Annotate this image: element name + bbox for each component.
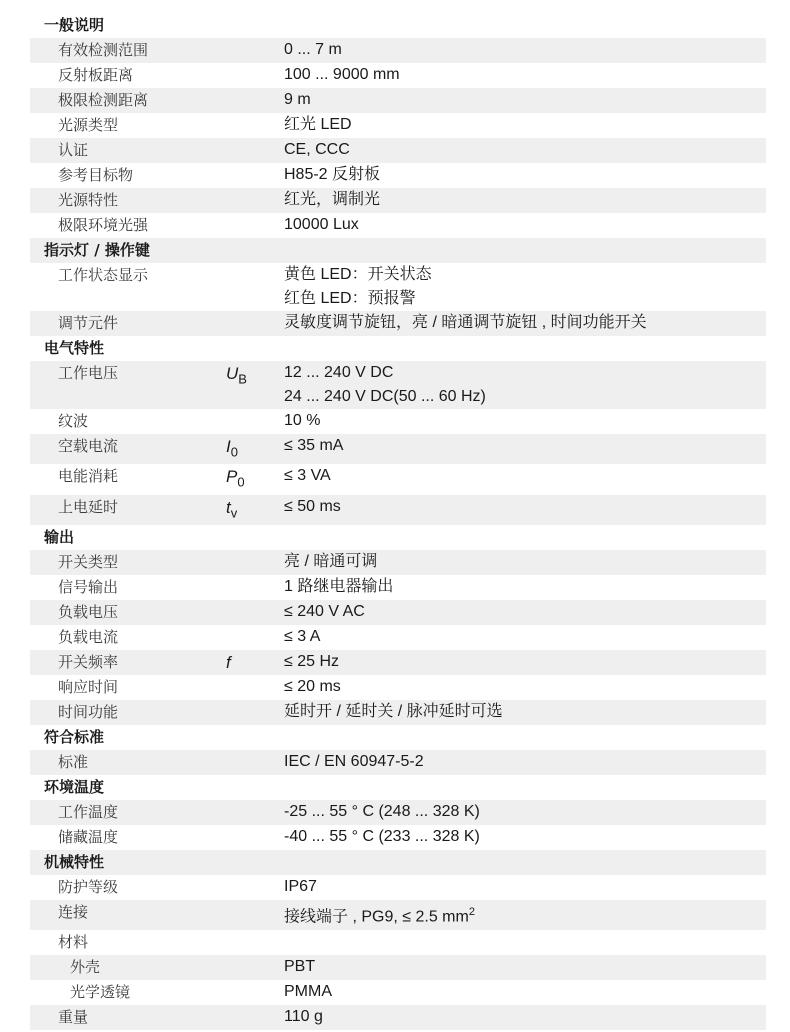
spec-value: 9 m (284, 88, 766, 112)
spec-value: 灵敏度调节旋钮，亮 / 暗通调节旋钮 , 时间功能开关 (284, 311, 766, 335)
spec-row: 储藏温度 -40 ... 55 ° C (233 ... 328 K) (30, 825, 766, 850)
symbol-sub: 0 (237, 475, 244, 490)
spec-label: 响应时间 (30, 675, 226, 700)
spec-label: 材料 (30, 930, 226, 955)
spec-label: 开关频率 (30, 650, 226, 675)
spec-value-line: 黄色 LED：开关状态 (284, 263, 766, 287)
spec-label: 时间功能 (30, 700, 226, 725)
spec-label: 工作电压 (30, 361, 226, 386)
symbol-sub: v (231, 505, 238, 520)
symbol-sub: 0 (231, 444, 238, 459)
spec-row: 调节元件 灵敏度调节旋钮，亮 / 暗通调节旋钮 , 时间功能开关 (30, 311, 766, 336)
spec-row: 上电延时 tv ≤ 50 ms (30, 495, 766, 525)
spec-label: 负载电流 (30, 625, 226, 650)
spec-row: 开关频率 f ≤ 25 Hz (30, 650, 766, 675)
symbol-main: U (226, 364, 238, 383)
spec-value: IEC / EN 60947-5-2 (284, 750, 766, 774)
spec-row: 极限检测距离 9 m (30, 88, 766, 113)
spec-label: 工作温度 (30, 800, 226, 825)
spec-label: 重量 (30, 1005, 226, 1030)
spec-row: 响应时间 ≤ 20 ms (30, 675, 766, 700)
spec-value: 10 % (284, 409, 766, 433)
spec-row: 防护等级 IP67 (30, 875, 766, 900)
spec-symbol: f (226, 650, 284, 675)
spec-row: 负载电压 ≤ 240 V AC (30, 600, 766, 625)
spec-row: 工作电压 UB 12 ... 240 V DC 24 ... 240 V DC(… (30, 361, 766, 409)
spec-value: 接线端子 , PG9, ≤ 2.5 mm2 (284, 900, 766, 929)
spec-value: 1 路继电器输出 (284, 575, 766, 599)
spec-value: 110 g (284, 1005, 766, 1029)
spec-value: 亮 / 暗通可调 (284, 550, 766, 574)
spec-symbol: I0 (226, 434, 284, 464)
spec-label: 认证 (30, 138, 226, 163)
spec-label: 纹波 (30, 409, 226, 434)
spec-row: 光源类型 红光 LED (30, 113, 766, 138)
section-header-electrical: 电气特性 (30, 336, 766, 361)
spec-row: 电能消耗 P0 ≤ 3 VA (30, 464, 766, 494)
spec-label: 上电延时 (30, 495, 226, 520)
spec-value: PBT (284, 955, 766, 979)
section-title: 指示灯 / 操作键 (30, 238, 430, 263)
spec-value-line: 24 ... 240 V DC(50 ... 60 Hz) (284, 385, 766, 409)
spec-value: ≤ 50 ms (284, 495, 766, 519)
spec-row: 重量 110 g (30, 1005, 766, 1030)
spec-label: 极限环境光强 (30, 213, 226, 238)
spec-value: ≤ 3 VA (284, 464, 766, 488)
spec-label: 外壳 (30, 955, 226, 980)
spec-value: 10000 Lux (284, 213, 766, 237)
spec-label: 信号输出 (30, 575, 226, 600)
section-title: 输出 (30, 525, 430, 550)
spec-row: 负载电流 ≤ 3 A (30, 625, 766, 650)
spec-value-line: 红色 LED：预报警 (284, 287, 766, 311)
spec-label: 防护等级 (30, 875, 226, 900)
spec-label: 储藏温度 (30, 825, 226, 850)
spec-label: 工作状态显示 (30, 263, 226, 288)
spec-row: 纹波 10 % (30, 409, 766, 434)
spec-row: 空载电流 I0 ≤ 35 mA (30, 434, 766, 464)
spec-symbol: UB (226, 361, 284, 391)
section-header-standards: 符合标准 (30, 725, 766, 750)
spec-label: 负载电压 (30, 600, 226, 625)
spec-row: 工作状态显示 黄色 LED：开关状态 红色 LED：预报警 (30, 263, 766, 311)
spec-label: 空载电流 (30, 434, 226, 459)
spec-row: 有效检测范围 0 ... 7 m (30, 38, 766, 63)
spec-row: 认证 CE, CCC (30, 138, 766, 163)
section-header-general: 一般说明 (30, 13, 766, 38)
spec-row: 参考目标物 H85-2 反射板 (30, 163, 766, 188)
spec-value: 黄色 LED：开关状态 红色 LED：预报警 (284, 263, 766, 311)
spec-symbol: tv (226, 495, 284, 525)
spec-value: ≤ 25 Hz (284, 650, 766, 674)
spec-label: 反射板距离 (30, 63, 226, 88)
spec-value-text: 接线端子 , PG9, ≤ 2.5 mm (284, 909, 469, 926)
section-header-mechanical: 机械特性 (30, 850, 766, 875)
spec-row: 标准 IEC / EN 60947-5-2 (30, 750, 766, 775)
spec-value: PMMA (284, 980, 766, 1004)
spec-label: 极限检测距离 (30, 88, 226, 113)
spec-row: 工作温度 -25 ... 55 ° C (248 ... 328 K) (30, 800, 766, 825)
spec-row: 连接 接线端子 , PG9, ≤ 2.5 mm2 (30, 900, 766, 929)
spec-row: 光源特性 红光，调制光 (30, 188, 766, 213)
spec-row: 开关类型 亮 / 暗通可调 (30, 550, 766, 575)
section-header-ambient-temperature: 环境温度 (30, 775, 766, 800)
symbol-main: P (226, 467, 237, 486)
spec-row: 材料 (30, 930, 766, 955)
spec-row: 时间功能 延时开 / 延时关 / 脉冲延时可选 (30, 700, 766, 725)
spec-row: 信号输出 1 路继电器输出 (30, 575, 766, 600)
spec-value: 红光 LED (284, 113, 766, 137)
spec-value: ≤ 20 ms (284, 675, 766, 699)
spec-row: 极限环境光强 10000 Lux (30, 213, 766, 238)
spec-value: ≤ 240 V AC (284, 600, 766, 624)
spec-row: 反射板距离 100 ... 9000 mm (30, 63, 766, 88)
spec-value: 100 ... 9000 mm (284, 63, 766, 87)
spec-value: 红光，调制光 (284, 188, 766, 212)
spec-symbol: P0 (226, 464, 284, 494)
spec-value: 0 ... 7 m (284, 38, 766, 62)
spec-label: 电能消耗 (30, 464, 226, 489)
section-title: 符合标准 (30, 725, 430, 750)
section-title: 电气特性 (30, 336, 430, 361)
section-header-output: 输出 (30, 525, 766, 550)
spec-value: IP67 (284, 875, 766, 899)
section-header-indicators: 指示灯 / 操作键 (30, 238, 766, 263)
spec-label: 光源特性 (30, 188, 226, 213)
spec-value: 延时开 / 延时关 / 脉冲延时可选 (284, 700, 766, 724)
spec-value: -25 ... 55 ° C (248 ... 328 K) (284, 800, 766, 824)
spec-row: 外壳 PBT (30, 955, 766, 980)
spec-value: CE, CCC (284, 138, 766, 162)
spec-value: ≤ 35 mA (284, 434, 766, 458)
spec-label: 光学透镜 (30, 980, 226, 1005)
section-title: 机械特性 (30, 850, 430, 875)
section-title: 环境温度 (30, 775, 430, 800)
spec-label: 光源类型 (30, 113, 226, 138)
spec-label: 参考目标物 (30, 163, 226, 188)
spec-row: 光学透镜 PMMA (30, 980, 766, 1005)
section-title: 一般说明 (30, 13, 430, 38)
spec-label: 开关类型 (30, 550, 226, 575)
spec-label: 调节元件 (30, 311, 226, 336)
spec-value: -40 ... 55 ° C (233 ... 328 K) (284, 825, 766, 849)
superscript: 2 (469, 906, 475, 918)
spec-label: 标准 (30, 750, 226, 775)
spec-value: ≤ 3 A (284, 625, 766, 649)
symbol-sub: B (238, 371, 247, 386)
spec-value: 12 ... 240 V DC 24 ... 240 V DC(50 ... 6… (284, 361, 766, 409)
spec-table: 一般说明 有效检测范围 0 ... 7 m 反射板距离 100 ... 9000… (30, 13, 766, 1030)
spec-value: H85-2 反射板 (284, 163, 766, 187)
spec-label: 连接 (30, 900, 226, 925)
spec-value-line: 12 ... 240 V DC (284, 361, 766, 385)
spec-label: 有效检测范围 (30, 38, 226, 63)
